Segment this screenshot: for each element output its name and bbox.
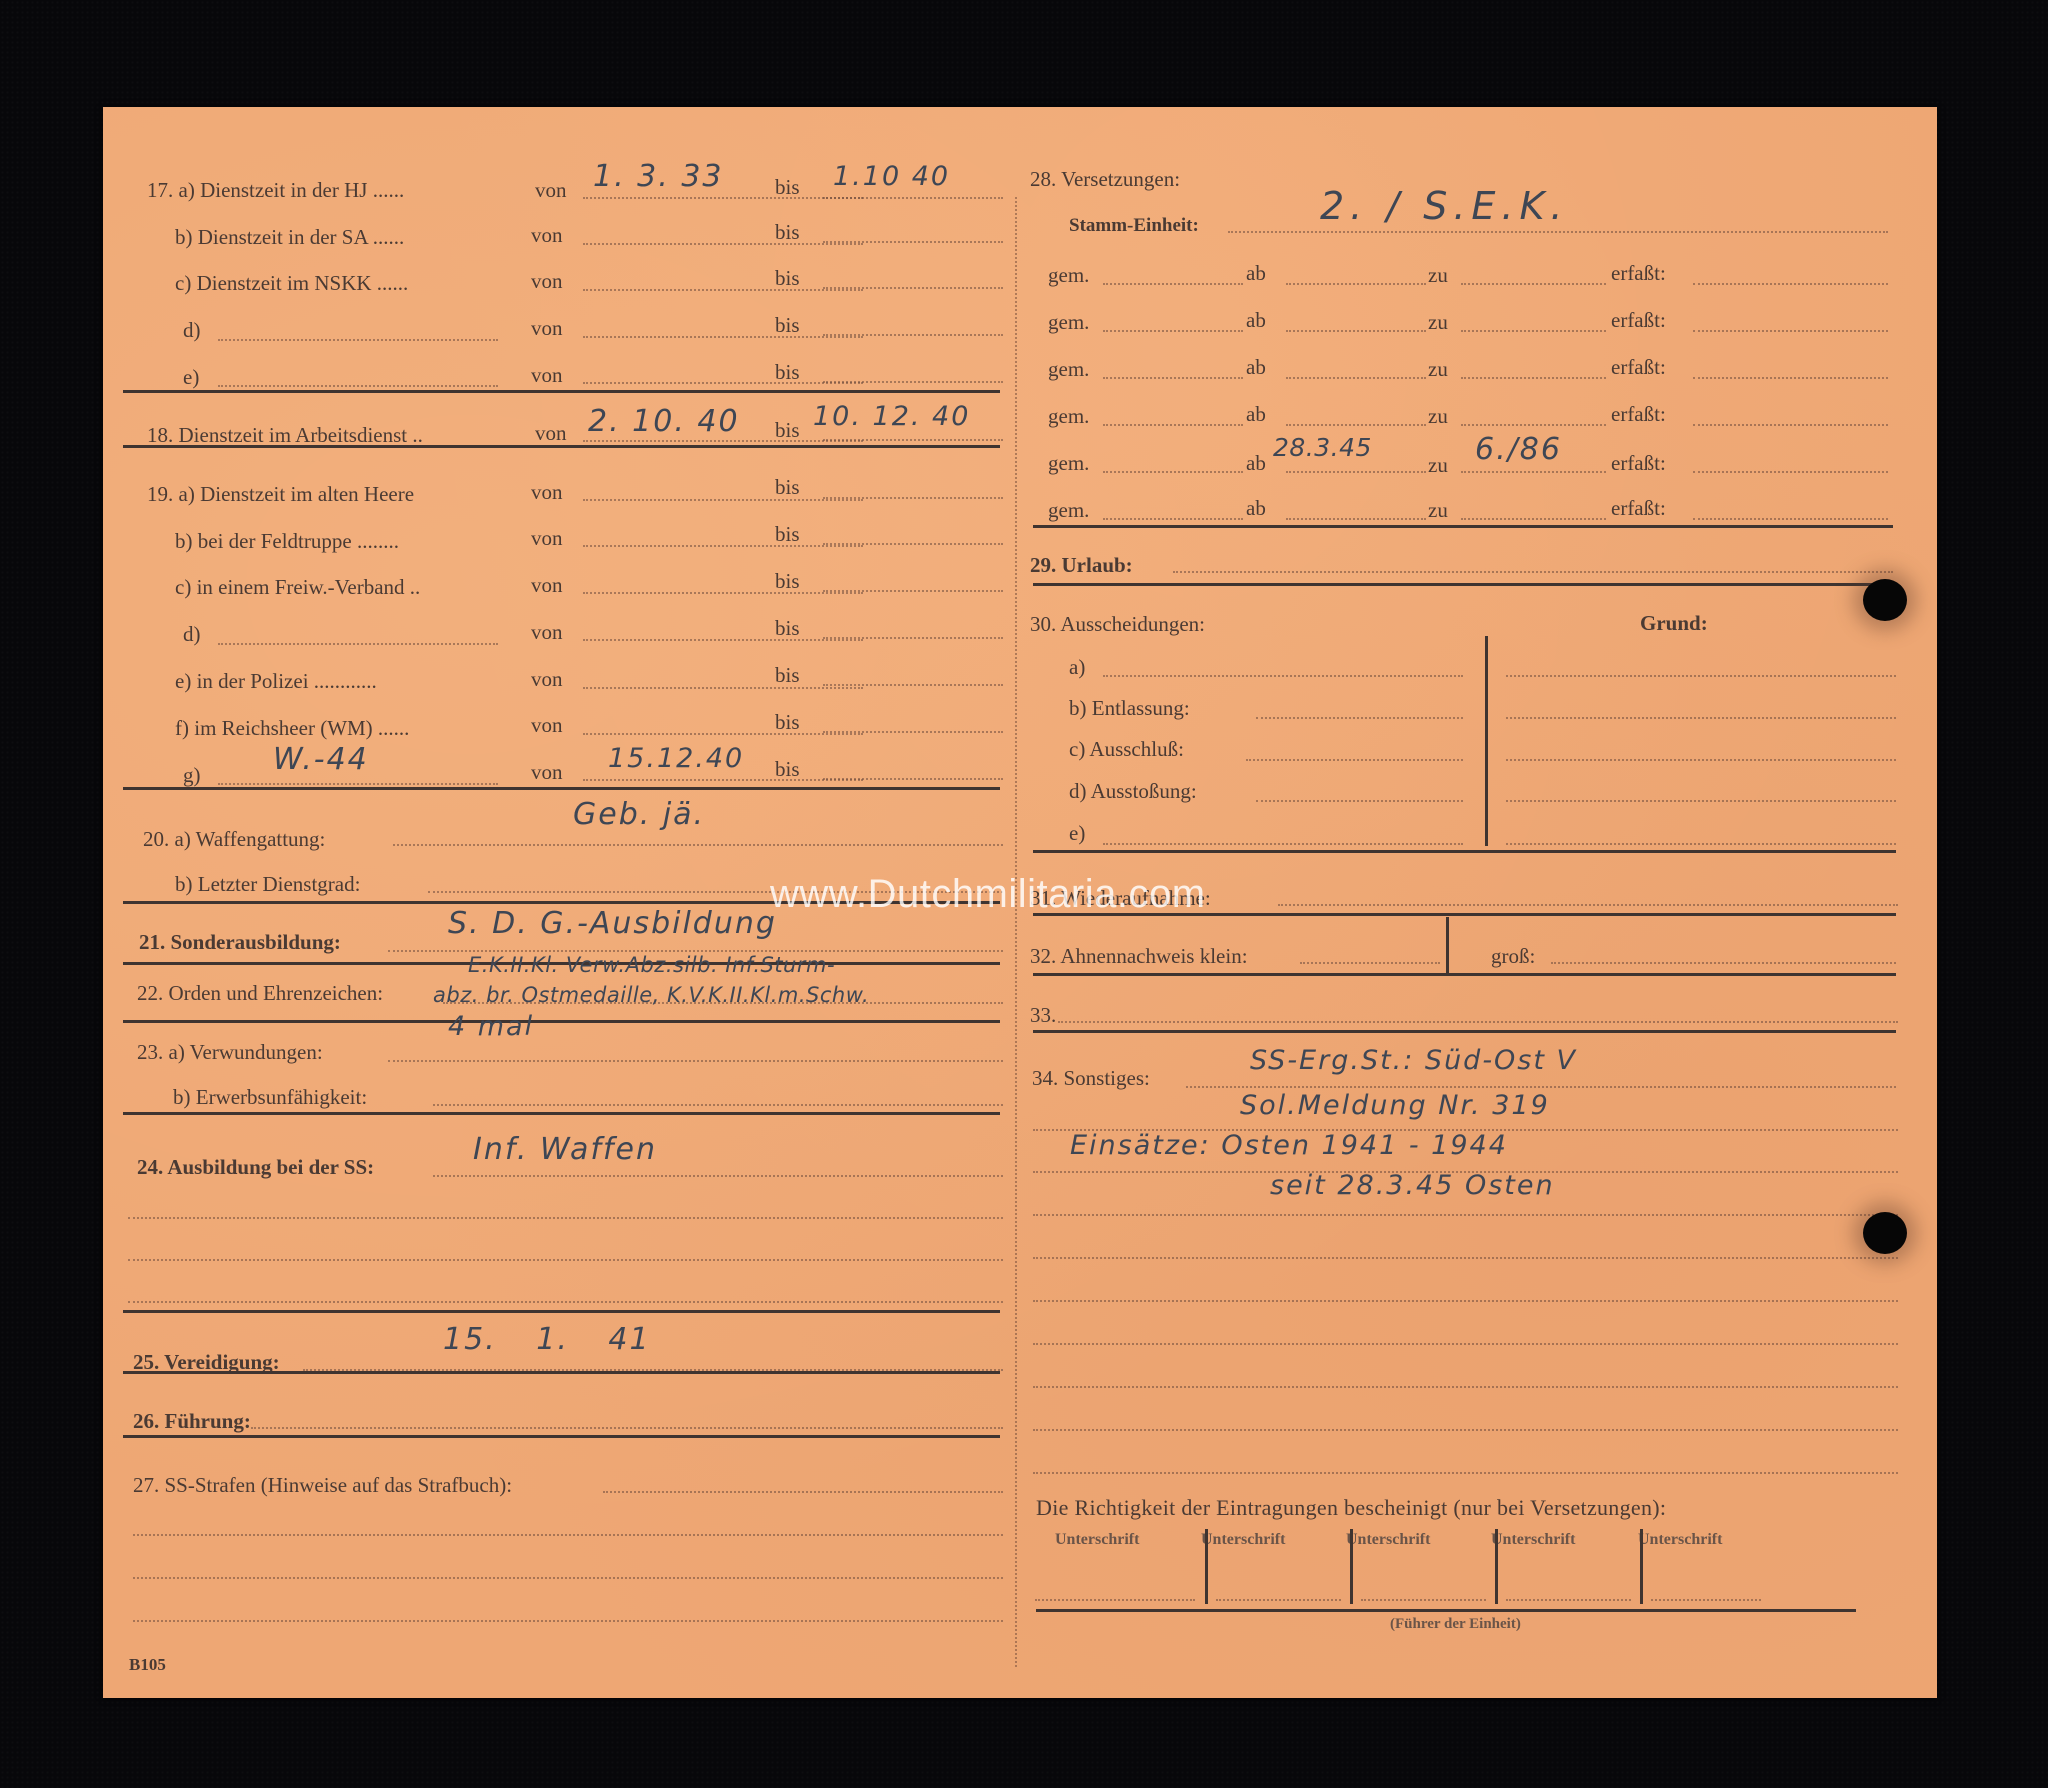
stamm-einheit-label: Stamm-Einheit: [1069, 216, 1199, 235]
s30e-field[interactable] [1103, 843, 1463, 845]
divider [123, 787, 1000, 790]
s19a-von-field[interactable] [583, 499, 863, 501]
s24-field-line4[interactable] [128, 1301, 1003, 1303]
s34-field-line5[interactable] [1033, 1257, 1898, 1259]
s20a-value[interactable]: Geb. jä. [573, 800, 705, 830]
s17d-von-field[interactable] [583, 336, 863, 338]
s19c-label: c) in einem Freiw.-Verband .. [175, 577, 420, 598]
stamm-einheit-value[interactable]: 2. / S.E.K. [1320, 187, 1569, 225]
s28-row3-erfasst-field[interactable] [1693, 377, 1888, 379]
s17d-field[interactable] [218, 339, 498, 341]
divider [1036, 1609, 1856, 1612]
s28-row5-zu-value[interactable]: 6./86 [1475, 435, 1562, 465]
s19b-label: b) bei der Feldtruppe ........ [175, 531, 399, 552]
s28-row2-gem-field[interactable] [1103, 330, 1243, 332]
s19e-von-label: von [531, 669, 563, 690]
punch-hole-top [1863, 579, 1907, 621]
s28-row1-zu-field[interactable] [1461, 283, 1606, 285]
s19a-label: 19. a) Dienstzeit im alten Heere [147, 484, 414, 505]
s19e-von-field[interactable] [583, 687, 863, 689]
s28-row2-erfasst-field[interactable] [1693, 330, 1888, 332]
s24-field-line3[interactable] [128, 1259, 1003, 1261]
s19f-bis-field[interactable] [823, 731, 1003, 733]
s17e-field[interactable] [218, 385, 498, 387]
s17b-bis-field[interactable] [823, 241, 1003, 243]
s28-row1-ab-label: ab [1246, 263, 1266, 284]
s28-row2-ab-label: ab [1246, 310, 1266, 331]
s27-field-line3[interactable] [133, 1577, 1003, 1579]
s19f-label: f) im Reichsheer (WM) ...... [175, 718, 409, 739]
s30c-field[interactable] [1246, 759, 1463, 761]
s30b-label: b) Entlassung: [1069, 698, 1190, 719]
s19g-von-value[interactable]: 15.12.40 [608, 745, 744, 772]
s17d-bis-label: bis [775, 315, 800, 336]
s28-row1-erfasst-field[interactable] [1693, 283, 1888, 285]
s32-gross-field[interactable] [1551, 962, 1896, 964]
signature-field-1[interactable] [1035, 1599, 1195, 1601]
s30c-grund-field[interactable] [1506, 759, 1896, 761]
signature-label-2: Unterschrift [1201, 1532, 1285, 1548]
s23a-value[interactable]: 4 mal [448, 1013, 534, 1040]
s17c-bis-field[interactable] [823, 287, 1003, 289]
s28-row3-ab-label: ab [1246, 357, 1266, 378]
s28-row4-ab-field[interactable] [1286, 424, 1426, 426]
s19g-bis-label: bis [775, 759, 800, 780]
s28-row3-ab-field[interactable] [1286, 377, 1426, 379]
s24-label: 24. Ausbildung bei der SS: [137, 1157, 374, 1178]
s23b-label: b) Erwerbsunfähigkeit: [173, 1087, 367, 1108]
s19g-von-label: von [531, 762, 563, 783]
s28-row4-gem-label: gem. [1048, 406, 1089, 427]
s28-row1-zu-label: zu [1428, 265, 1448, 286]
s19g-bis-field[interactable] [823, 778, 1003, 780]
s17e-von-label: von [531, 365, 563, 386]
s19b-bis-label: bis [775, 524, 800, 545]
s34-value-line4[interactable]: seit 28.3.45 Osten [1270, 1172, 1555, 1199]
certification-statement: Die Richtigkeit der Eintragungen beschei… [1036, 1497, 1666, 1519]
s18-label: 18. Dienstzeit im Arbeitsdienst .. [147, 425, 423, 446]
s30a-label: a) [1069, 657, 1085, 678]
s23b-field[interactable] [433, 1104, 1003, 1106]
signature-field-5[interactable] [1651, 1599, 1761, 1601]
s30-grund-label: Grund: [1640, 613, 1708, 634]
s28-row6-gem-label: gem. [1048, 500, 1089, 521]
s28-row5-gem-label: gem. [1048, 453, 1089, 474]
s28-row6-erfasst-label: erfaßt: [1611, 498, 1666, 519]
s25-label: 25. Vereidigung: [133, 1352, 280, 1373]
s27-label: 27. SS-Strafen (Hinweise auf das Strafbu… [133, 1475, 512, 1496]
s21-label: 21. Sonderausbildung: [139, 932, 341, 953]
s17b-von-label: von [531, 225, 563, 246]
s28-label: 28. Versetzungen: [1030, 169, 1180, 190]
s28-row5-erfasst-label: erfaßt: [1611, 453, 1666, 474]
s17c-von-label: von [531, 271, 563, 292]
s17b-label: b) Dienstzeit in der SA ...... [175, 227, 404, 248]
s17e-label: e) [183, 367, 199, 388]
s19b-bis-field[interactable] [823, 543, 1003, 545]
s28-row2-zu-label: zu [1428, 312, 1448, 333]
s34-value-line3[interactable]: Einsätze: Osten 1941 - 1944 [1070, 1132, 1508, 1159]
s28-row4-zu-label: zu [1428, 406, 1448, 427]
s28-row2-zu-field[interactable] [1461, 330, 1606, 332]
s19a-bis-field[interactable] [823, 497, 1003, 499]
s17c-von-field[interactable] [583, 289, 863, 291]
s28-row6-ab-label: ab [1246, 498, 1266, 519]
s17a-label: 17. a) Dienstzeit in der HJ ...... [147, 180, 404, 201]
s28-row6-gem-field[interactable] [1103, 518, 1243, 520]
s30a-field[interactable] [1103, 675, 1463, 677]
divider [1033, 973, 1896, 976]
s19b-von-label: von [531, 528, 563, 549]
s19f-von-field[interactable] [583, 733, 863, 735]
s28-row3-erfasst-label: erfaßt: [1611, 357, 1666, 378]
s18-bis-value[interactable]: 10. 12. 40 [813, 403, 970, 430]
s34-field-line6[interactable] [1033, 1300, 1898, 1302]
s26-label: 26. Führung: [133, 1411, 251, 1432]
s17d-label: d) [183, 320, 201, 341]
s19c-bis-label: bis [775, 571, 800, 592]
s17a-von-value[interactable]: 1. 3. 33 [593, 162, 724, 192]
s28-row2-erfasst-label: erfaßt: [1611, 310, 1666, 331]
s19g-label: g) [183, 765, 201, 786]
s30b-field[interactable] [1256, 717, 1463, 719]
s30-label: 30. Ausscheidungen: [1030, 614, 1205, 635]
s28-row5-erfasst-field[interactable] [1693, 471, 1888, 473]
s27-field-line2[interactable] [133, 1534, 1003, 1536]
divider [123, 1371, 1000, 1374]
s17b-bis-label: bis [775, 222, 800, 243]
s19c-bis-field[interactable] [823, 590, 1003, 592]
punch-hole-bottom [1863, 1212, 1907, 1254]
s22-value-line1[interactable]: E.K.II.Kl. Verw.Abz.silb. Inf.Sturm- [468, 955, 835, 976]
divider [1033, 525, 1893, 528]
s28-row6-zu-field[interactable] [1461, 518, 1606, 520]
signature-label-4: Unterschrift [1491, 1532, 1575, 1548]
s26-field[interactable] [251, 1427, 1003, 1429]
s32-label: 32. Ahnennachweis klein: [1030, 946, 1248, 967]
s34-label: 34. Sonstiges: [1032, 1068, 1150, 1089]
s17c-label: c) Dienstzeit im NSKK ...... [175, 273, 408, 294]
s28-row1-ab-field[interactable] [1286, 283, 1426, 285]
s32-klein-field[interactable] [1300, 962, 1440, 964]
s23a-label: 23. a) Verwundungen: [137, 1042, 323, 1063]
s32-column-divider [1446, 917, 1449, 973]
s19b-von-field[interactable] [583, 545, 863, 547]
s28-row5-gem-field[interactable] [1103, 471, 1243, 473]
s19e-label: e) in der Polizei ............ [175, 671, 377, 692]
s30a-grund-field[interactable] [1506, 675, 1896, 677]
s19g-entry-value[interactable]: W.-44 [273, 745, 369, 775]
s27-field-line4[interactable] [133, 1620, 1003, 1622]
divider [123, 390, 1000, 393]
watermark-text: www.Dutchmilitaria.com [770, 872, 1206, 917]
s31-field[interactable] [1278, 904, 1898, 906]
s17a-bis-value[interactable]: 1.10 40 [833, 163, 950, 190]
s21-value[interactable]: S. D. G.-Ausbildung [448, 909, 777, 939]
s29-field[interactable] [1173, 571, 1893, 573]
s18-von-label: von [535, 423, 567, 444]
s28-row6-ab-field[interactable] [1286, 518, 1426, 520]
s28-row5-zu-label: zu [1428, 455, 1448, 476]
s28-row1-gem-field[interactable] [1103, 283, 1243, 285]
s19f-von-label: von [531, 715, 563, 736]
s30b-grund-field[interactable] [1506, 717, 1896, 719]
s17a-von-label: von [535, 180, 567, 201]
s34-value-line2[interactable]: Sol.Meldung Nr. 319 [1240, 1092, 1550, 1119]
s24-value[interactable]: Inf. Waffen [473, 1135, 657, 1165]
s20a-label: 20. a) Waffengattung: [143, 829, 325, 850]
s19d-field[interactable] [218, 643, 498, 645]
s25-value[interactable]: 15. 1. 41 [443, 1325, 651, 1355]
signature-label-1: Unterschrift [1055, 1532, 1139, 1548]
s19d-bis-field[interactable] [823, 637, 1003, 639]
s34-field-line9[interactable] [1033, 1429, 1898, 1431]
s17d-von-label: von [531, 318, 563, 339]
s17d-bis-field[interactable] [823, 334, 1003, 336]
s19d-von-label: von [531, 622, 563, 643]
s30e-grund-field[interactable] [1506, 843, 1896, 845]
s17b-von-field[interactable] [583, 243, 863, 245]
s24-field-line2[interactable] [128, 1217, 1003, 1219]
s19d-von-field[interactable] [583, 639, 863, 641]
s28-row1-gem-label: gem. [1048, 265, 1089, 286]
divider [123, 1020, 1000, 1023]
s17e-bis-label: bis [775, 362, 800, 383]
s28-row3-zu-label: zu [1428, 359, 1448, 380]
form-code: B105 [129, 1656, 166, 1673]
s29-label: 29. Urlaub: [1030, 555, 1133, 576]
s19a-von-label: von [531, 482, 563, 503]
s18-bis-label: bis [775, 420, 800, 441]
divider [1033, 583, 1896, 586]
s30d-label: d) Ausstoßung: [1069, 781, 1197, 802]
s34-field-line7[interactable] [1033, 1343, 1898, 1345]
s28-row4-erfasst-label: erfaßt: [1611, 404, 1666, 425]
s28-row6-erfasst-field[interactable] [1693, 518, 1888, 520]
s28-row5-ab-label: ab [1246, 453, 1266, 474]
divider [1033, 1030, 1896, 1033]
s28-row5-ab-value[interactable]: 28.3.45 [1273, 435, 1372, 460]
s28-row4-zu-field[interactable] [1461, 424, 1606, 426]
divider [123, 445, 1000, 448]
s28-row3-gem-label: gem. [1048, 359, 1089, 380]
divider [1033, 850, 1896, 853]
divider [123, 1112, 1000, 1115]
s22-value-line2[interactable]: abz. br. Ostmedaille, K.V.K.II.Kl.m.Schw… [433, 985, 869, 1006]
certification-footer: (Führer der Einheit) [1390, 1617, 1521, 1632]
s34-field-line8[interactable] [1033, 1386, 1898, 1388]
s30e-label: e) [1069, 823, 1085, 844]
s28-row3-gem-field[interactable] [1103, 377, 1243, 379]
s19d-bis-label: bis [775, 618, 800, 639]
s32-gross-label: groß: [1491, 946, 1535, 967]
s17e-von-field[interactable] [583, 382, 863, 384]
signature-label-3: Unterschrift [1346, 1532, 1430, 1548]
s19f-bis-label: bis [775, 712, 800, 733]
s34-field-line10[interactable] [1033, 1472, 1898, 1474]
s28-row2-gem-label: gem. [1048, 312, 1089, 333]
s28-row4-gem-field[interactable] [1103, 424, 1243, 426]
s17a-bis-label: bis [775, 177, 800, 198]
s28-row2-ab-field[interactable] [1286, 330, 1426, 332]
s28-row6-zu-label: zu [1428, 500, 1448, 521]
s34-value-line1[interactable]: SS-Erg.St.: Süd-Ost V [1250, 1047, 1577, 1074]
signature-field-2[interactable] [1216, 1599, 1341, 1601]
s33-field[interactable] [1058, 1021, 1898, 1023]
s28-row1-erfasst-label: erfaßt: [1611, 263, 1666, 284]
s20b-label: b) Letzter Dienstgrad: [175, 874, 360, 895]
divider [123, 1435, 1000, 1438]
divider [123, 1310, 1000, 1313]
s30d-grund-field[interactable] [1506, 800, 1896, 802]
s28-row3-zu-field[interactable] [1461, 377, 1606, 379]
signature-field-4[interactable] [1506, 1599, 1631, 1601]
s33-label: 33. [1030, 1005, 1056, 1026]
signature-field-3[interactable] [1361, 1599, 1486, 1601]
s30-column-divider [1485, 636, 1488, 846]
s30d-field[interactable] [1256, 800, 1463, 802]
s28-row4-erfasst-field[interactable] [1693, 424, 1888, 426]
s19d-label: d) [183, 624, 201, 645]
s17e-bis-field[interactable] [823, 381, 1003, 383]
center-fold-line [1015, 197, 1017, 1667]
s19e-bis-field[interactable] [823, 684, 1003, 686]
s30c-label: c) Ausschluß: [1069, 739, 1184, 760]
s19e-bis-label: bis [775, 665, 800, 686]
s18-von-value[interactable]: 2. 10. 40 [588, 407, 740, 437]
s19c-von-field[interactable] [583, 592, 863, 594]
s19c-von-label: von [531, 575, 563, 596]
s17c-bis-label: bis [775, 268, 800, 289]
signature-label-5: Unterschrift [1638, 1532, 1722, 1548]
s28-row4-ab-label: ab [1246, 404, 1266, 425]
s27-field[interactable] [603, 1491, 1003, 1493]
s19a-bis-label: bis [775, 477, 800, 498]
s22-label: 22. Orden und Ehrenzeichen: [137, 983, 383, 1004]
